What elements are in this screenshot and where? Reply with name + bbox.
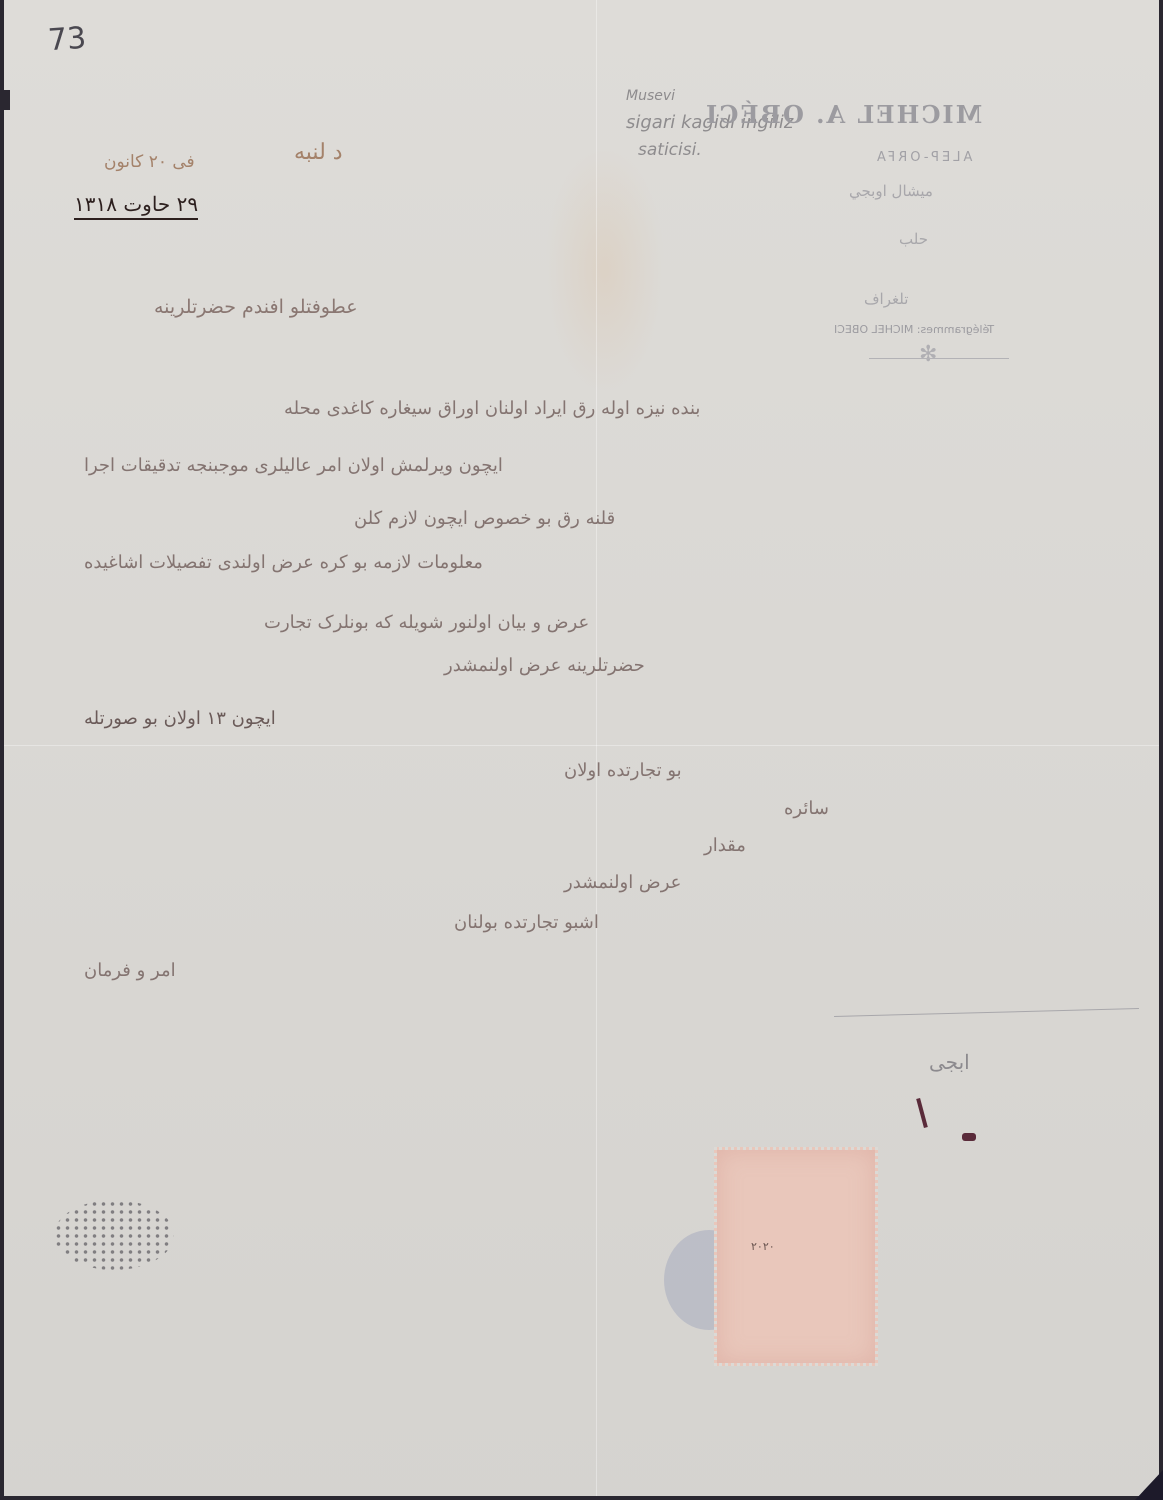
date-line-1-left: د لنبه — [294, 140, 343, 165]
stamp-text: ۲۰۲۰ — [751, 1240, 775, 1253]
letterhead-city: ALEP-ORFA — [874, 150, 972, 165]
letterhead-arabic-name: ميشال اوبجي — [849, 182, 933, 200]
body-line: عرض و بیان اولنور شویله که بونلرک تجارت — [264, 612, 589, 633]
body-line: اشبو تجارتده بولنان — [454, 912, 599, 933]
body-line: امر و فرمان — [84, 960, 176, 981]
fold-line-horizontal — [4, 745, 1159, 746]
body-line: معلومات لازمه بو کره عرض اولندی تفصیلات … — [84, 552, 483, 573]
date-line-1-right: فی ۲۰ کانون — [104, 152, 195, 172]
letterhead-telegram: Télégrammes: MICHEL OBECI — [834, 323, 994, 336]
body-line: حضرتلرینه عرض اولنمشدر — [444, 655, 645, 676]
salutation: عطوفتلو افندم حضرتلرینه — [154, 296, 358, 318]
ink-mark — [962, 1133, 976, 1141]
letterhead-monogram-icon: ✻ — [919, 342, 937, 367]
letterhead-arabic-city: حلب — [899, 230, 928, 248]
body-line: ایچون ۱۳ اولان بو صورتله — [84, 708, 276, 729]
letterhead-arabic-telegram: تلغراف — [864, 290, 908, 308]
signature: ابجی — [929, 1050, 970, 1074]
document-page: 73 Musevi sigari kagidi ingiliz saticisi… — [4, 0, 1159, 1496]
body-line: بنده نیزه اوله رق ایراد اولنان اوراق سیغ… — [284, 398, 700, 419]
letterhead-name: MICHEL A. OBÉCI — [704, 100, 982, 129]
body-line: سائره — [784, 798, 829, 819]
body-line: مقدار — [704, 835, 746, 856]
revenue-stamp: ۲۰۲۰ — [714, 1147, 878, 1366]
body-line: ایچون ویرلمش اولان امر عالیلری موجبنجه ت… — [84, 455, 503, 476]
body-line: عرض اولنمشدر — [564, 872, 681, 893]
pencil-annotation-line1: Musevi — [626, 88, 675, 104]
page-number: 73 — [47, 21, 88, 59]
letterhead-rule — [869, 358, 1009, 359]
date-line-2: ۲۹ حاوت ۱۳۱۸ — [74, 192, 198, 220]
ink-smudge — [54, 1200, 174, 1270]
pencil-underline — [834, 1008, 1139, 1017]
body-line: بو تجارتده اولان — [564, 760, 682, 781]
pencil-annotation-line3: saticisi. — [638, 140, 702, 160]
fold-line-vertical — [596, 0, 597, 1496]
body-line: قلنه رق بو خصوص ایچون لازم کلن — [354, 508, 615, 529]
paper-edge-tear — [4, 90, 10, 110]
ink-mark — [916, 1098, 928, 1128]
